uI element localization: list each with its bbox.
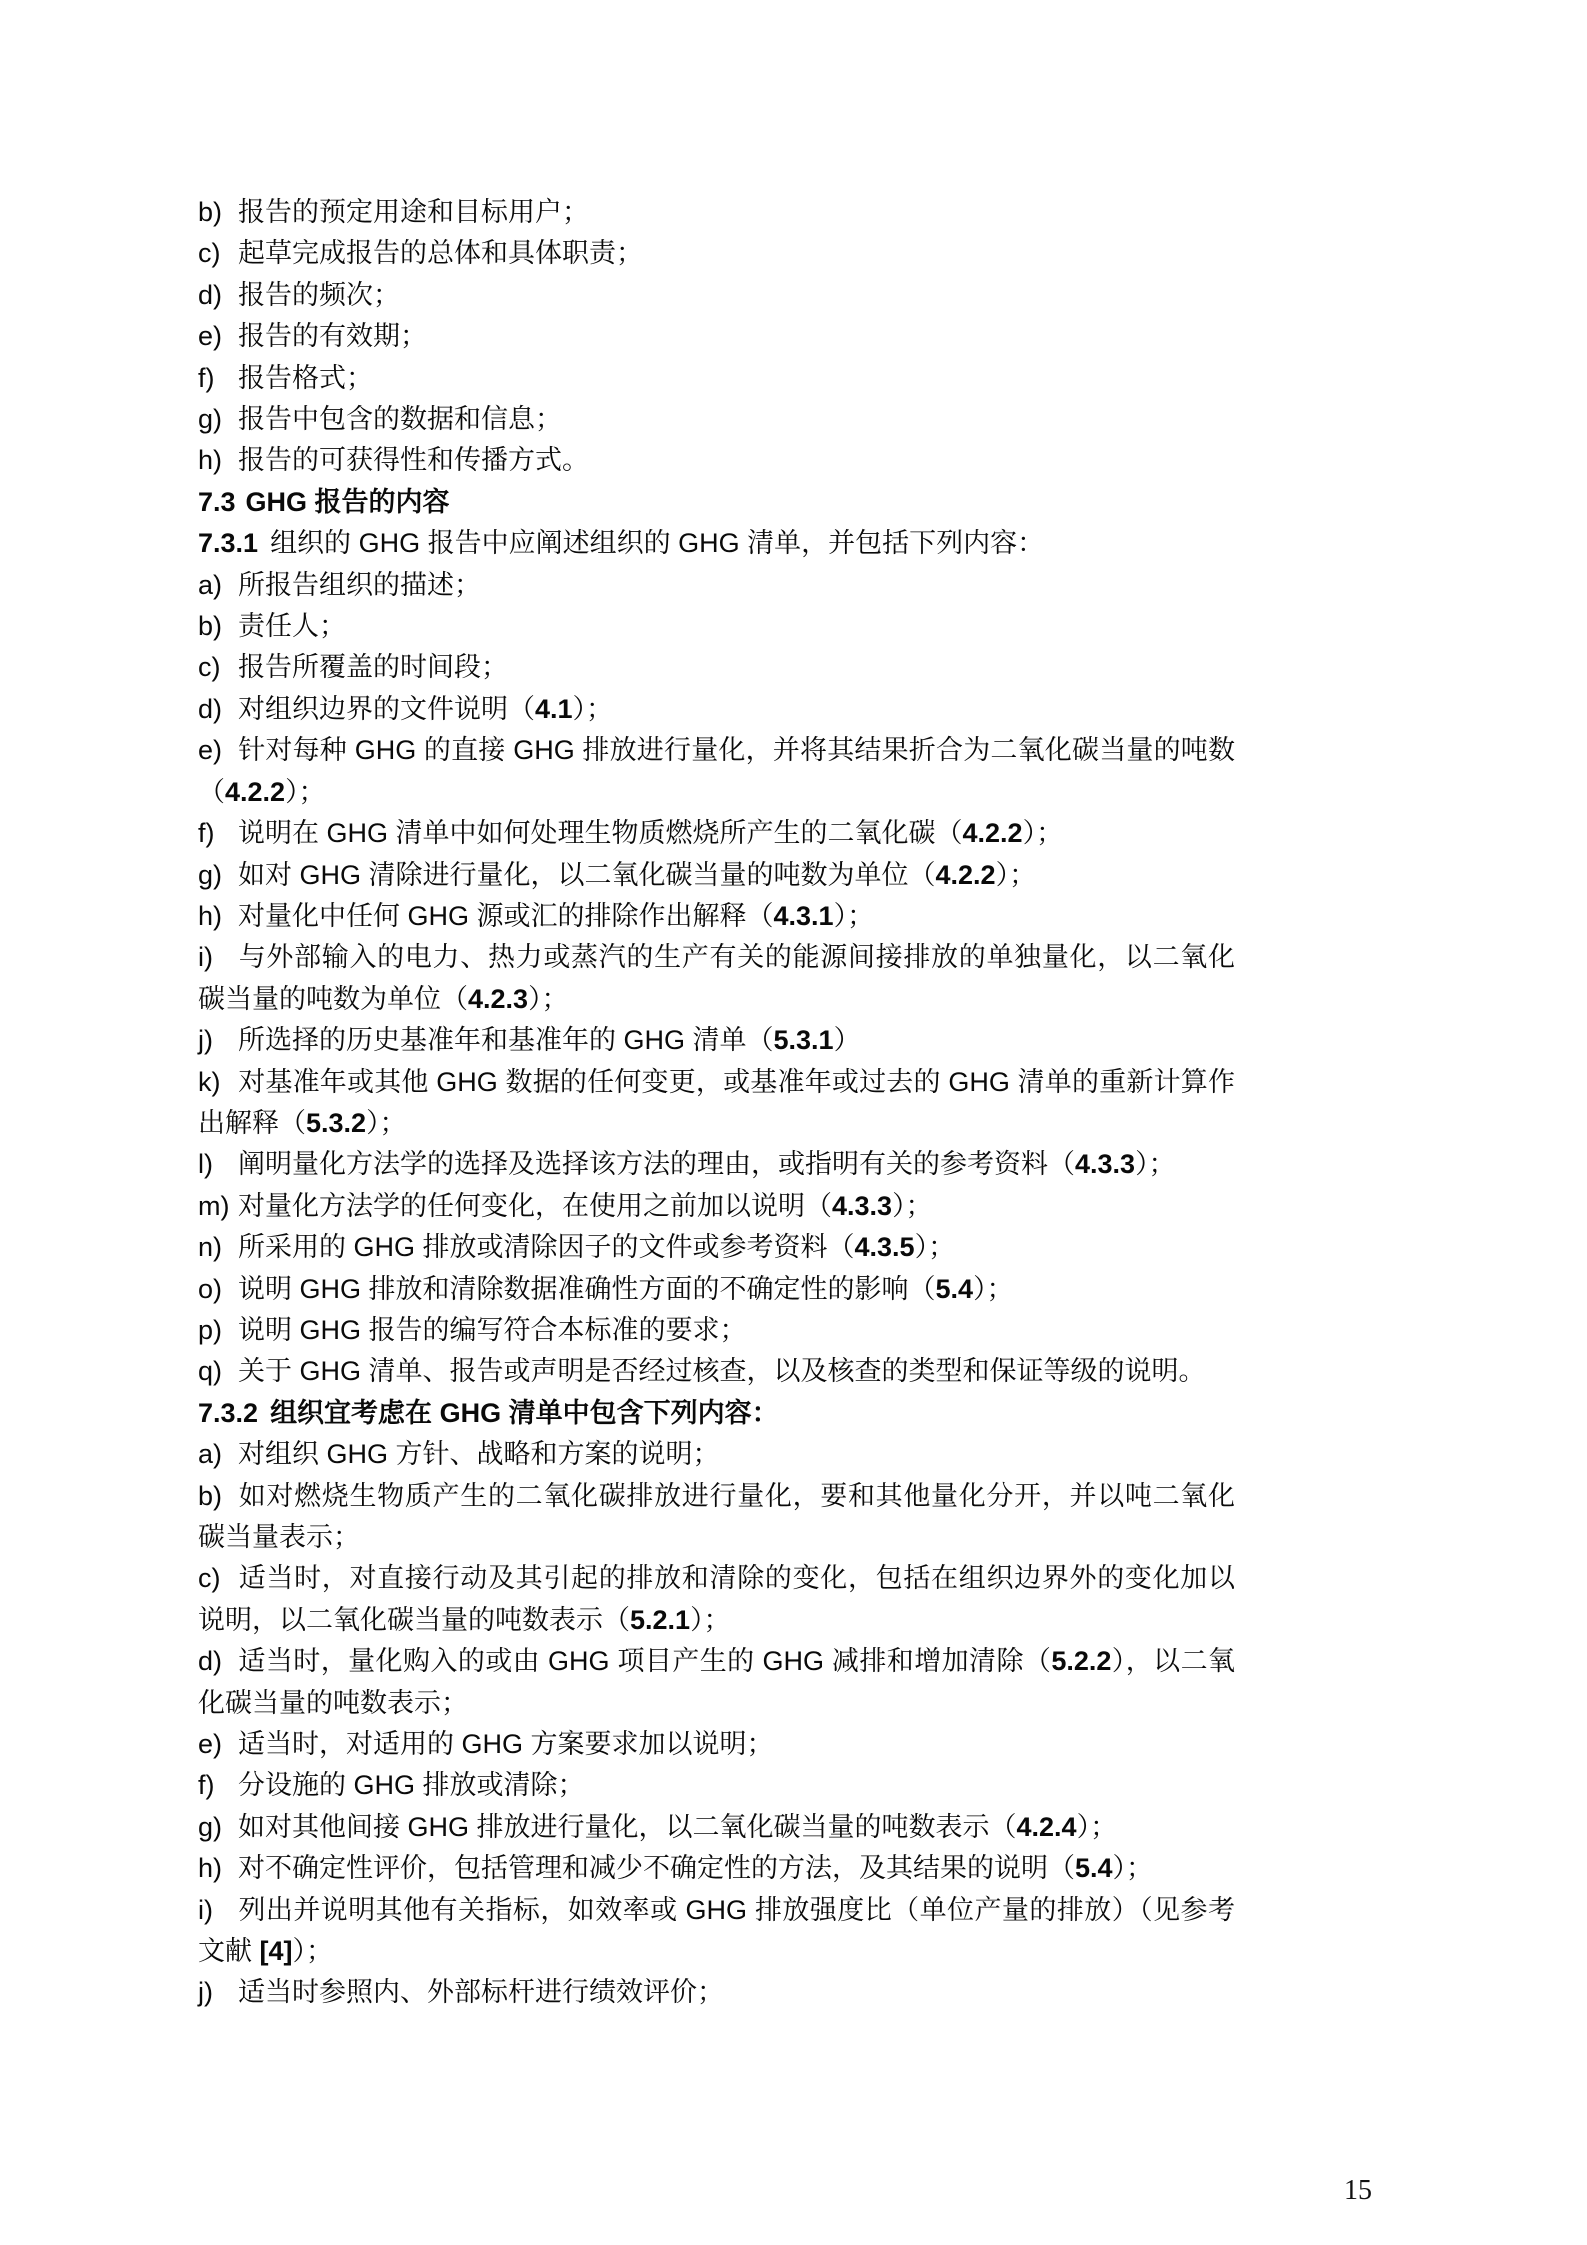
list-item: h)对不确定性评价，包括管理和减少不确定性的方法，及其结果的说明（5.4）； (198, 1848, 1235, 1889)
list-item: c)适当时，对直接行动及其引起的排放和清除的变化，包括在组织边界外的变化加以说明… (198, 1558, 1235, 1641)
section-number: 7.3 (198, 487, 236, 517)
list-item-label: j) (198, 1972, 238, 2013)
list-item-text: 说明在 GHG 清单中如何处理生物质燃烧所产生的二氧化碳（4.2.2）； (238, 818, 1063, 848)
list-item-text: 关于 GHG 清单、报告或声明是否经过核查，以及核查的类型和保证等级的说明。 (238, 1356, 1206, 1386)
list-item-text: 所选择的历史基准年和基准年的 GHG 清单（5.3.1） (238, 1025, 861, 1055)
list-item-label: e) (198, 1724, 238, 1765)
list-item: g)如对 GHG 清除进行量化，以二氧化碳当量的吨数为单位（4.2.2）； (198, 855, 1235, 896)
list-item-label: k) (198, 1062, 238, 1103)
list-item-label: f) (198, 358, 238, 399)
list-item-label: e) (198, 730, 238, 771)
list-item-label: c) (198, 647, 238, 688)
list-item: m)对量化方法学的任何变化，在使用之前加以说明（4.3.3）； (198, 1186, 1235, 1227)
list-item-label: b) (198, 1476, 238, 1517)
list-item: j)所选择的历史基准年和基准年的 GHG 清单（5.3.1） (198, 1020, 1235, 1061)
list-item-label: d) (198, 275, 238, 316)
list-item-label: g) (198, 1807, 238, 1848)
list-item-text: 针对每种 GHG 的直接 GHG 排放进行量化，并将其结果折合为二氧化碳当量的吨… (198, 735, 1235, 806)
list-item-text: 适当时参照内、外部标杆进行绩效评价； (238, 1977, 724, 2007)
list-item-text: 责任人； (238, 611, 346, 641)
page-content: b)报告的预定用途和目标用户；c)起草完成报告的总体和具体职责；d)报告的频次；… (198, 192, 1390, 2014)
list-item: b)责任人； (198, 606, 1235, 647)
list-item: d)对组织边界的文件说明（4.1）； (198, 689, 1235, 730)
list-item-label: d) (198, 1641, 238, 1682)
list-item-text: 说明 GHG 报告的编写符合本标准的要求； (238, 1315, 747, 1345)
list-item-text: 适当时，对适用的 GHG 方案要求加以说明； (238, 1729, 774, 1759)
list-item-label: o) (198, 1269, 238, 1310)
list-item-text: 对组织 GHG 方针、战略和方案的说明； (238, 1439, 720, 1469)
list-item-label: h) (198, 1848, 238, 1889)
list-item: n)所采用的 GHG 排放或清除因子的文件或参考资料（4.3.5）； (198, 1227, 1235, 1268)
list-item-text: 对量化中任何 GHG 源或汇的排除作出解释（4.3.1）； (238, 901, 874, 931)
document-page: b)报告的预定用途和目标用户；c)起草完成报告的总体和具体职责；d)报告的频次；… (0, 0, 1587, 2245)
list-item: i)列出并说明其他有关指标，如效率或 GHG 排放强度比（单位产量的排放）（见参… (198, 1890, 1235, 1973)
list-item-text: 对基准年或其他 GHG 数据的任何变更，或基准年或过去的 GHG 清单的重新计算… (198, 1067, 1235, 1138)
list-item: f)说明在 GHG 清单中如何处理生物质燃烧所产生的二氧化碳（4.2.2）； (198, 813, 1235, 854)
list-item: h)报告的可获得性和传播方式。 (198, 440, 1235, 481)
list-item-label: b) (198, 192, 238, 233)
list-item-text: 说明 GHG 排放和清除数据准确性方面的不确定性的影响（5.4）； (238, 1274, 1014, 1304)
list-item-label: d) (198, 689, 238, 730)
clause-number: 7.3.1 (198, 528, 258, 558)
list-item-text: 适当时，量化购入的或由 GHG 项目产生的 GHG 减排和增加清除（5.2.2）… (198, 1646, 1235, 1717)
list-item: a)所报告组织的描述； (198, 565, 1235, 606)
clause-text: 组织宜考虑在 GHG 清单中包含下列内容： (270, 1398, 779, 1428)
list-item: d)适当时，量化购入的或由 GHG 项目产生的 GHG 减排和增加清除（5.2.… (198, 1641, 1235, 1724)
list-item-text: 报告格式； (238, 363, 373, 393)
list-item-text: 起草完成报告的总体和具体职责； (238, 238, 643, 268)
list-item-label: m) (198, 1186, 238, 1227)
list-item-text: 报告的预定用途和目标用户； (238, 197, 589, 227)
list-item: b)如对燃烧生物质产生的二氧化碳排放进行量化，要和其他量化分开，并以吨二氧化碳当… (198, 1476, 1235, 1559)
list-item: e)报告的有效期； (198, 316, 1235, 357)
list-item-label: f) (198, 813, 238, 854)
list-7-3-1: a)所报告组织的描述；b)责任人；c)报告所覆盖的时间段；d)对组织边界的文件说… (198, 565, 1390, 1393)
list-item: g)如对其他间接 GHG 排放进行量化，以二氧化碳当量的吨数表示（4.2.4）； (198, 1807, 1235, 1848)
list-item: g)报告中包含的数据和信息； (198, 399, 1235, 440)
list-item: i)与外部输入的电力、热力或蒸汽的生产有关的能源间接排放的单独量化，以二氧化碳当… (198, 937, 1235, 1020)
list-item: c)报告所覆盖的时间段； (198, 647, 1235, 688)
list-7-3-2: a)对组织 GHG 方针、战略和方案的说明；b)如对燃烧生物质产生的二氧化碳排放… (198, 1434, 1390, 2014)
list-item: a)对组织 GHG 方针、战略和方案的说明； (198, 1434, 1235, 1475)
list-item-text: 报告的可获得性和传播方式。 (238, 445, 589, 475)
list-item-label: c) (198, 233, 238, 274)
list-item-text: 分设施的 GHG 排放或清除； (238, 1770, 585, 1800)
list-item: e)针对每种 GHG 的直接 GHG 排放进行量化，并将其结果折合为二氧化碳当量… (198, 730, 1235, 813)
list-item: e)适当时，对适用的 GHG 方案要求加以说明； (198, 1724, 1235, 1765)
list-item: p)说明 GHG 报告的编写符合本标准的要求； (198, 1310, 1235, 1351)
list-item: b)报告的预定用途和目标用户； (198, 192, 1235, 233)
list-item-label: n) (198, 1227, 238, 1268)
clause-number: 7.3.2 (198, 1398, 258, 1428)
list-item-text: 报告所覆盖的时间段； (238, 652, 508, 682)
list-item-label: q) (198, 1351, 238, 1392)
list-item-label: i) (198, 937, 238, 978)
list-item: d)报告的频次； (198, 275, 1235, 316)
list-item-label: g) (198, 855, 238, 896)
list-item-label: a) (198, 565, 238, 606)
list-item: f)分设施的 GHG 排放或清除； (198, 1765, 1235, 1806)
list-item: j)适当时参照内、外部标杆进行绩效评价； (198, 1972, 1235, 2013)
clause-7-3-1-intro: 7.3.1组织的 GHG 报告中应阐述组织的 GHG 清单，并包括下列内容： (198, 523, 1390, 564)
clause-7-3-2-intro: 7.3.2组织宜考虑在 GHG 清单中包含下列内容： (198, 1393, 1390, 1434)
list-item-label: i) (198, 1890, 238, 1931)
section-heading-7-3: 7.3GHG 报告的内容 (198, 482, 1390, 523)
list-item-text: 所采用的 GHG 排放或清除因子的文件或参考资料（4.3.5）； (238, 1232, 955, 1262)
list-item-text: 适当时，对直接行动及其引起的排放和清除的变化，包括在组织边界外的变化加以说明，以… (198, 1563, 1235, 1634)
list-7-2-continued: b)报告的预定用途和目标用户；c)起草完成报告的总体和具体职责；d)报告的频次；… (198, 192, 1390, 482)
list-item-label: h) (198, 896, 238, 937)
list-item-text: 列出并说明其他有关指标，如效率或 GHG 排放强度比（单位产量的排放）（见参考文… (198, 1895, 1235, 1966)
list-item-label: j) (198, 1020, 238, 1061)
list-item: k)对基准年或其他 GHG 数据的任何变更，或基准年或过去的 GHG 清单的重新… (198, 1062, 1235, 1145)
list-item: o)说明 GHG 排放和清除数据准确性方面的不确定性的影响（5.4）； (198, 1269, 1235, 1310)
list-item-text: 对不确定性评价，包括管理和减少不确定性的方法，及其结果的说明（5.4）； (238, 1853, 1153, 1883)
list-item-label: a) (198, 1434, 238, 1475)
list-item-label: e) (198, 316, 238, 357)
list-item-text: 报告的频次； (238, 280, 400, 310)
list-item-text: 如对 GHG 清除进行量化，以二氧化碳当量的吨数为单位（4.2.2）； (238, 860, 1036, 890)
list-item-label: c) (198, 1558, 238, 1599)
list-item: f)报告格式； (198, 358, 1235, 399)
list-item: c)起草完成报告的总体和具体职责； (198, 233, 1235, 274)
list-item: h)对量化中任何 GHG 源或汇的排除作出解释（4.3.1）； (198, 896, 1235, 937)
list-item-text: 报告的有效期； (238, 321, 427, 351)
section-title: GHG 报告的内容 (246, 487, 450, 517)
list-item-text: 对组织边界的文件说明（4.1）； (238, 694, 613, 724)
list-item-text: 与外部输入的电力、热力或蒸汽的生产有关的能源间接排放的单独量化，以二氧化碳当量的… (198, 942, 1235, 1013)
page-number: 15 (1344, 2174, 1372, 2208)
list-item-text: 报告中包含的数据和信息； (238, 404, 562, 434)
list-item-label: p) (198, 1310, 238, 1351)
list-item-label: f) (198, 1765, 238, 1806)
list-item-text: 如对其他间接 GHG 排放进行量化，以二氧化碳当量的吨数表示（4.2.4）； (238, 1812, 1117, 1842)
list-item-label: b) (198, 606, 238, 647)
list-item: l)阐明量化方法学的选择及选择该方法的理由，或指明有关的参考资料（4.3.3）； (198, 1144, 1235, 1185)
list-item-label: h) (198, 440, 238, 481)
list-item: q)关于 GHG 清单、报告或声明是否经过核查，以及核查的类型和保证等级的说明。 (198, 1351, 1235, 1392)
list-item-label: l) (198, 1144, 238, 1185)
list-item-text: 如对燃烧生物质产生的二氧化碳排放进行量化，要和其他量化分开，并以吨二氧化碳当量表… (198, 1481, 1235, 1552)
clause-text: 组织的 GHG 报告中应阐述组织的 GHG 清单，并包括下列内容： (270, 528, 1044, 558)
list-item-text: 对量化方法学的任何变化，在使用之前加以说明（4.3.3）； (238, 1191, 933, 1221)
list-item-label: g) (198, 399, 238, 440)
list-item-text: 阐明量化方法学的选择及选择该方法的理由，或指明有关的参考资料（4.3.3）； (238, 1149, 1176, 1179)
list-item-text: 所报告组织的描述； (238, 570, 481, 600)
